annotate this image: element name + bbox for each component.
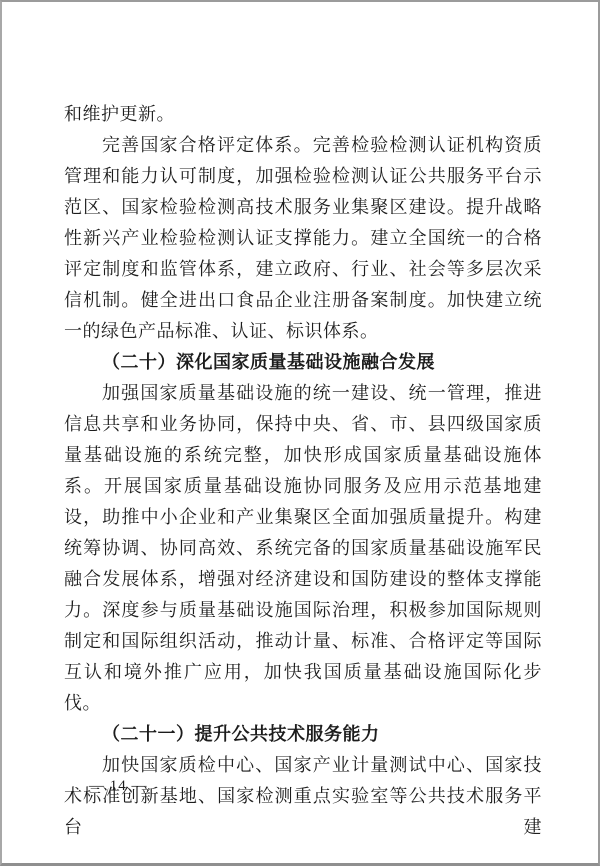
paragraph-quality-infrastructure: 加强国家质量基础设施的统一建设、统一管理，推进信息共享和业务协同，保持中央、省、… (64, 378, 542, 719)
section-heading-21: （二十一）提升公共技术服务能力 (64, 719, 542, 750)
document-page: 和维护更新。 完善国家合格评定体系。完善检验检测认证机构资质管理和能力认可制度，… (0, 0, 600, 866)
page-number: — 14 — (89, 776, 148, 796)
paragraph-public-technical-service: 加快国家质检中心、国家产业计量测试中心、国家技术标准创新基地、国家检测重点实验室… (64, 750, 542, 843)
paragraph-conformity-assessment: 完善国家合格评定体系。完善检验检测认证机构资质管理和能力认可制度，加强检验检测认… (64, 130, 542, 347)
document-body: 和维护更新。 完善国家合格评定体系。完善检验检测认证机构资质管理和能力认可制度，… (64, 99, 542, 843)
paragraph-continuation: 和维护更新。 (64, 99, 542, 130)
section-heading-20: （二十）深化国家质量基础设施融合发展 (64, 347, 542, 378)
